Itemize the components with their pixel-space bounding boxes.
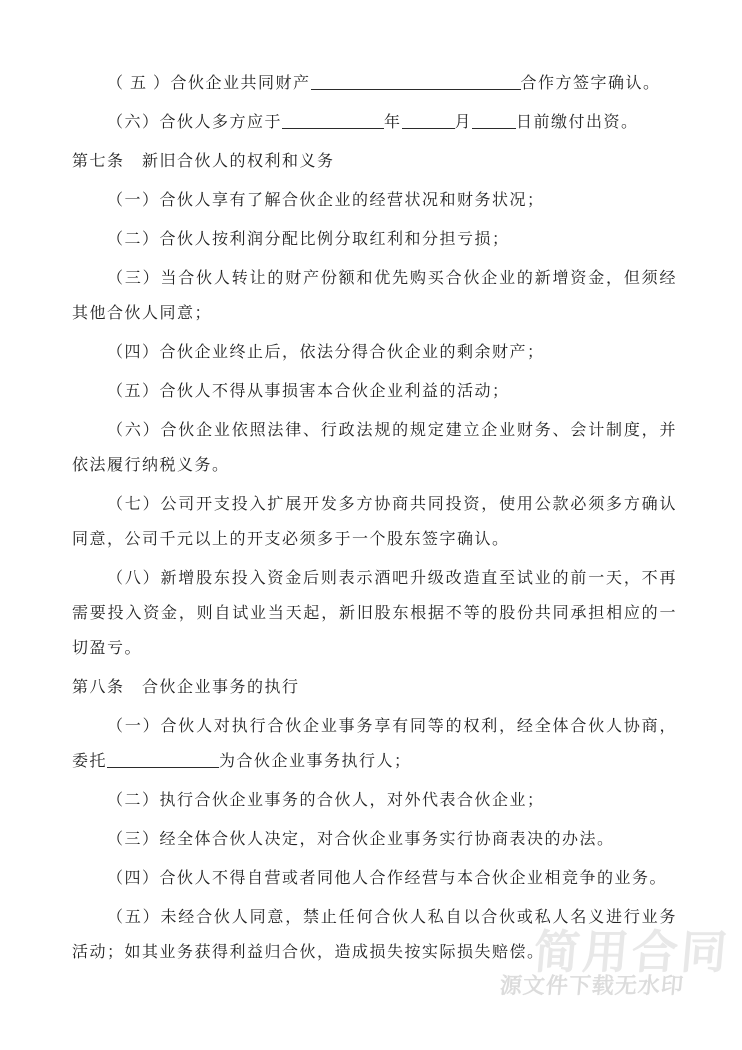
paragraph: 第七条 新旧合伙人的权利和义务 [72,144,677,179]
fill-in-blank [107,753,219,768]
text-run: （ 五 ）合伙企业共同财产 [107,75,311,92]
paragraph: （六）合伙企业依照法律、行政法规的规定建立企业财务、会计制度，并依法履行纳税义务… [72,413,677,483]
text-run: （五）合伙人不得从事损害本合伙企业利益的活动； [107,383,510,400]
document-page: { "page": { "background_color": "#ffffff… [0,0,742,1050]
fill-in-blank [311,75,521,90]
text-run: （七）公司开支投入扩展开发多方协商共同投资，使用公款必须多方确认同意，公司千元以… [72,496,677,548]
text-run: （一）合伙人享有了解合伙企业的经营状况和财务状况； [107,192,545,209]
text-run: （二）合伙人按利润分配比例分取红利和分担亏损； [107,231,510,248]
text-run: （六）合伙企业依照法律、行政法规的规定建立企业财务、会计制度，并依法履行纳税义务… [72,422,677,474]
text-run: 合作方签字确认。 [521,75,661,92]
paragraph: （ 五 ）合伙企业共同财产合作方签字确认。 [72,66,677,101]
paragraph: （一）合伙人享有了解合伙企业的经营状况和财务状况； [72,183,677,218]
paragraph: （四）合伙人不得自营或者同他人合作经营与本合伙企业相竞争的业务。 [72,861,677,896]
paragraph: （一）合伙人对执行合伙企业事务享有同等的权利，经全体合伙人协商，委托为合伙企业事… [72,709,677,779]
fill-in-blank [472,114,516,129]
text-run: （八）新增股东投入资金后则表示酒吧升级改造直至试业的前一天，不再需要投入资金，则… [72,570,677,657]
text-run: （三）经全体合伙人决定，对合伙企业事务实行协商表决的办法。 [107,831,615,848]
paragraph: （八）新增股东投入资金后则表示酒吧升级改造直至试业的前一天，不再需要投入资金，则… [72,561,677,666]
paragraph: （五）合伙人不得从事损害本合伙企业利益的活动； [72,374,677,409]
contract-body: （ 五 ）合伙企业共同财产合作方签字确认。（六）合伙人多方应于年月日前缴付出资。… [72,66,677,974]
text-run: 年 [384,114,402,131]
text-run: （四）合伙企业终止后，依法分得合伙企业的剩余财产； [107,344,545,361]
text-run: （四）合伙人不得自营或者同他人合作经营与本合伙企业相竞争的业务。 [107,870,667,887]
text-run: （五）未经合伙人同意，禁止任何合伙人私自以合伙或私人名义进行业务活动；如其业务获… [72,909,677,961]
paragraph: （五）未经合伙人同意，禁止任何合伙人私自以合伙或私人名义进行业务活动；如其业务获… [72,900,677,970]
text-run: 日前缴付出资。 [516,114,639,131]
paragraph: （七）公司开支投入扩展开发多方协商共同投资，使用公款必须多方确认同意，公司千元以… [72,487,677,557]
text-run: 第八条 合伙企业事务的执行 [72,679,300,696]
text-run: （二）执行合伙企业事务的合伙人，对外代表合伙企业； [107,792,545,809]
paragraph: （三）当合伙人转让的财产份额和优先购买合伙企业的新增资金，但须经其他合伙人同意； [72,261,677,331]
paragraph: （六）合伙人多方应于年月日前缴付出资。 [72,105,677,140]
fill-in-blank [282,114,384,129]
paragraph: （三）经全体合伙人决定，对合伙企业事务实行协商表决的办法。 [72,822,677,857]
fill-in-blank [402,114,455,129]
text-run: （六）合伙人多方应于 [107,114,282,131]
paragraph: （二）执行合伙企业事务的合伙人，对外代表合伙企业； [72,783,677,818]
paragraph: （二）合伙人按利润分配比例分取红利和分担亏损； [72,222,677,257]
text-run: 月 [455,114,473,131]
paragraph: （四）合伙企业终止后，依法分得合伙企业的剩余财产； [72,335,677,370]
text-run: 为合伙企业事务执行人； [219,753,412,770]
text-run: （三）当合伙人转让的财产份额和优先购买合伙企业的新增资金，但须经其他合伙人同意； [72,270,677,322]
text-run: 第七条 新旧合伙人的权利和义务 [72,153,335,170]
paragraph: 第八条 合伙企业事务的执行 [72,670,677,705]
